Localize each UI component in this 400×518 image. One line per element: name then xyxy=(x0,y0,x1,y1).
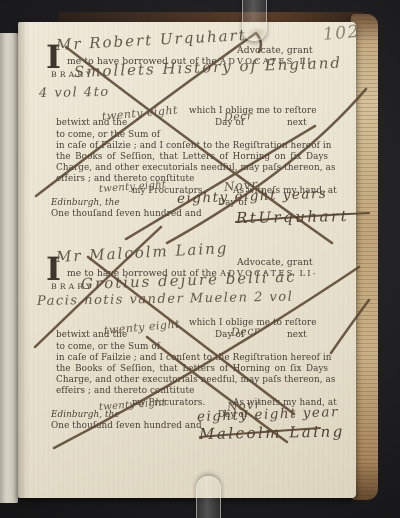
form-to-come-line: to come, or the Sum of xyxy=(56,342,160,352)
form-failzie-line: in caſe of Failzie ; and I conſent to th… xyxy=(56,353,332,363)
borrow-entry-2: I Mr Malcolm Laing Advocate, grant me to… xyxy=(18,250,356,480)
return-day-handwritten: twenty eight xyxy=(103,317,180,337)
borrower-signature: RtUrquhart xyxy=(236,207,350,227)
return-month-handwritten: Decr xyxy=(231,324,261,339)
signed-year-handwritten: eighty eight year xyxy=(197,404,339,425)
return-day-handwritten: twenty eight xyxy=(101,103,178,123)
form-next: next xyxy=(287,330,307,340)
form-next: next xyxy=(287,118,307,128)
form-books-line: the Books of Seſſion, that Letters of Ho… xyxy=(56,364,328,374)
borrower-signature: Malcolm Laing xyxy=(199,422,345,443)
register-page: 102. I Mr Robert Urquhart Advocate, gran… xyxy=(18,22,356,498)
book-photograph: 102. I Mr Robert Urquhart Advocate, gran… xyxy=(0,0,400,518)
book-strap-bottom xyxy=(196,476,221,518)
form-effeirs-line: effeirs ; and thereto conſtitute xyxy=(56,386,194,396)
borrow-entry-1: I Mr Robert Urquhart Advocate, grant me … xyxy=(18,38,356,268)
book-strap-top xyxy=(242,0,267,41)
form-charge-line: Charge, and other executorials needful, … xyxy=(56,163,335,173)
form-charge-line: Charge, and other executorials needful, … xyxy=(56,375,335,385)
form-failzie-line: in caſe of Failzie ; and I conſent to th… xyxy=(56,141,332,151)
form-books-line: the Books of Seſſion, that Letters of Ho… xyxy=(56,152,328,162)
signed-day-handwritten: twenty eight xyxy=(99,397,167,413)
form-one-thousand-line: One thouſand ſeven hundred and xyxy=(51,421,202,431)
facing-page-edge xyxy=(0,33,18,503)
return-month-handwritten: Decr xyxy=(224,109,254,124)
book-title-line2: 4 vol 4to xyxy=(39,85,110,101)
form-to-come-line: to come, or the Sum of xyxy=(56,130,160,140)
book-title-line2: Pacis notis vander Muelen 2 vol xyxy=(37,290,294,309)
borrower-name-handwritten: Mr Robert Urquhart xyxy=(56,26,248,54)
form-advocate-grant: Advocate, grant xyxy=(237,257,313,268)
form-edinburgh: Edinburgh, the xyxy=(51,198,120,208)
form-one-thousand-line: One thouſand ſeven hundred and xyxy=(51,209,202,219)
